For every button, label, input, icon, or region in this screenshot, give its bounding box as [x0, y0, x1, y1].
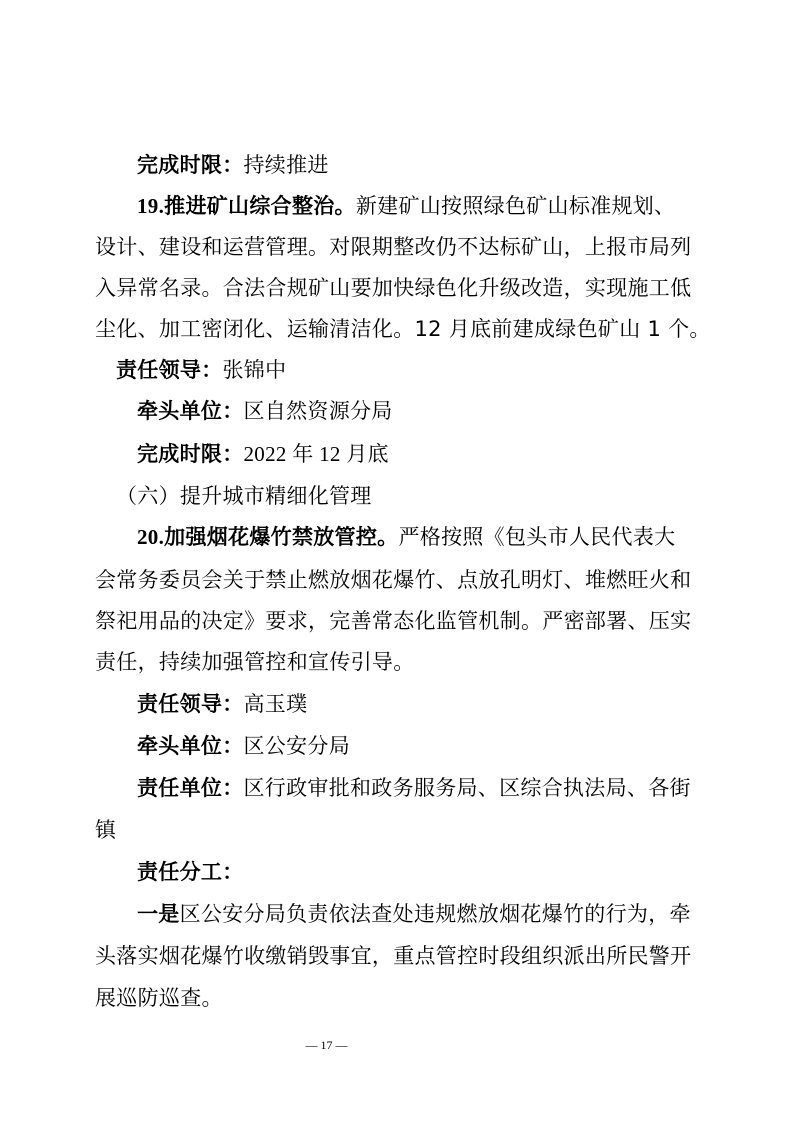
field-value: 持续推进 [244, 153, 329, 177]
item19-text-line: 尘化、加工密闭化、运输清洁化。12 月底前建成绿色矿山 1 个。 [95, 309, 698, 349]
field-value: 区自然资源分局 [244, 399, 393, 423]
field-label: 责任领导： [137, 692, 244, 716]
field-value: 张锦中 [223, 358, 287, 382]
field-label: 完成时限： [137, 153, 244, 177]
item-text: 新建矿山按照绿色矿山标准规划、 [356, 194, 676, 218]
point-label: 一是 [137, 902, 180, 926]
page-number: — 17 — [0, 1038, 653, 1053]
field-label: 责任分工： [137, 860, 244, 884]
item19-leader: 责任领导：张锦中 [116, 350, 719, 390]
field-value: 区行政审批和政务服务局、区综合执法局、各街 [244, 776, 691, 800]
item20-division-label: 责任分工： [137, 852, 740, 892]
section-heading: （六）提升城市精细化管理 [116, 476, 719, 516]
item-title: 推进矿山综合整治。 [164, 194, 356, 218]
item-number: 20. [137, 525, 164, 549]
item20-text-line: 责任，持续加强管控和宣传引导。 [95, 642, 698, 682]
item20-point1-line: 展巡防巡查。 [95, 978, 698, 1018]
item19-lead-unit: 牵头单位：区自然资源分局 [137, 391, 740, 431]
item20-leader: 责任领导：高玉璞 [137, 684, 740, 724]
item20-resp-unit-cont: 镇 [95, 810, 698, 850]
deadline-line-prev: 完成时限：持续推进 [137, 145, 740, 185]
field-value: 区公安分局 [244, 734, 351, 758]
item20-text-line: 会常务委员会关于禁止燃放烟花爆竹、点放孔明灯、堆燃旺火和 [95, 560, 698, 600]
item20-text-line: 祭祀用品的决定》要求，完善常态化监管机制。严密部署、压实 [95, 601, 698, 641]
item19-heading-line: 19.推进矿山综合整治。新建矿山按照绿色矿山标准规划、 [137, 186, 693, 226]
field-label: 牵头单位： [137, 399, 244, 423]
document-page: 完成时限：持续推进 19.推进矿山综合整治。新建矿山按照绿色矿山标准规划、 设计… [0, 0, 793, 1122]
field-label: 责任单位： [137, 776, 244, 800]
item19-text-line: 设计、建设和运营管理。对限期整改仍不达标矿山，上报市局列 [95, 227, 698, 267]
item19-text-line: 入异常名录。合法合规矿山要加快绿色化升级改造，实现施工低 [95, 268, 698, 308]
item-title: 加强烟花爆竹禁放管控。 [164, 525, 398, 549]
item20-point1-line: 头落实烟花爆竹收缴销毁事宜，重点管控时段组织派出所民警开 [95, 936, 698, 976]
item20-point1-line: 一是区公安分局负责依法查处违规燃放烟花爆竹的行为，牵 [137, 894, 693, 934]
item-number: 19. [137, 194, 164, 218]
item-text: 严格按照《包头市人民代表大 [398, 525, 675, 549]
point-text: 区公安分局负责依法查处违规燃放烟花爆竹的行为，牵 [180, 902, 691, 926]
field-value: 2022 年 12 月底 [244, 442, 389, 466]
field-label: 责任领导： [116, 358, 223, 382]
item20-lead-unit: 牵头单位：区公安分局 [137, 726, 740, 766]
field-label: 牵头单位： [137, 734, 244, 758]
item19-deadline: 完成时限：2022 年 12 月底 [137, 434, 740, 474]
item20-heading-line: 20.加强烟花爆竹禁放管控。严格按照《包头市人民代表大 [137, 517, 693, 557]
field-label: 完成时限： [137, 442, 244, 466]
item20-resp-unit: 责任单位：区行政审批和政务服务局、区综合执法局、各街 [137, 768, 693, 808]
field-value: 高玉璞 [244, 692, 308, 716]
